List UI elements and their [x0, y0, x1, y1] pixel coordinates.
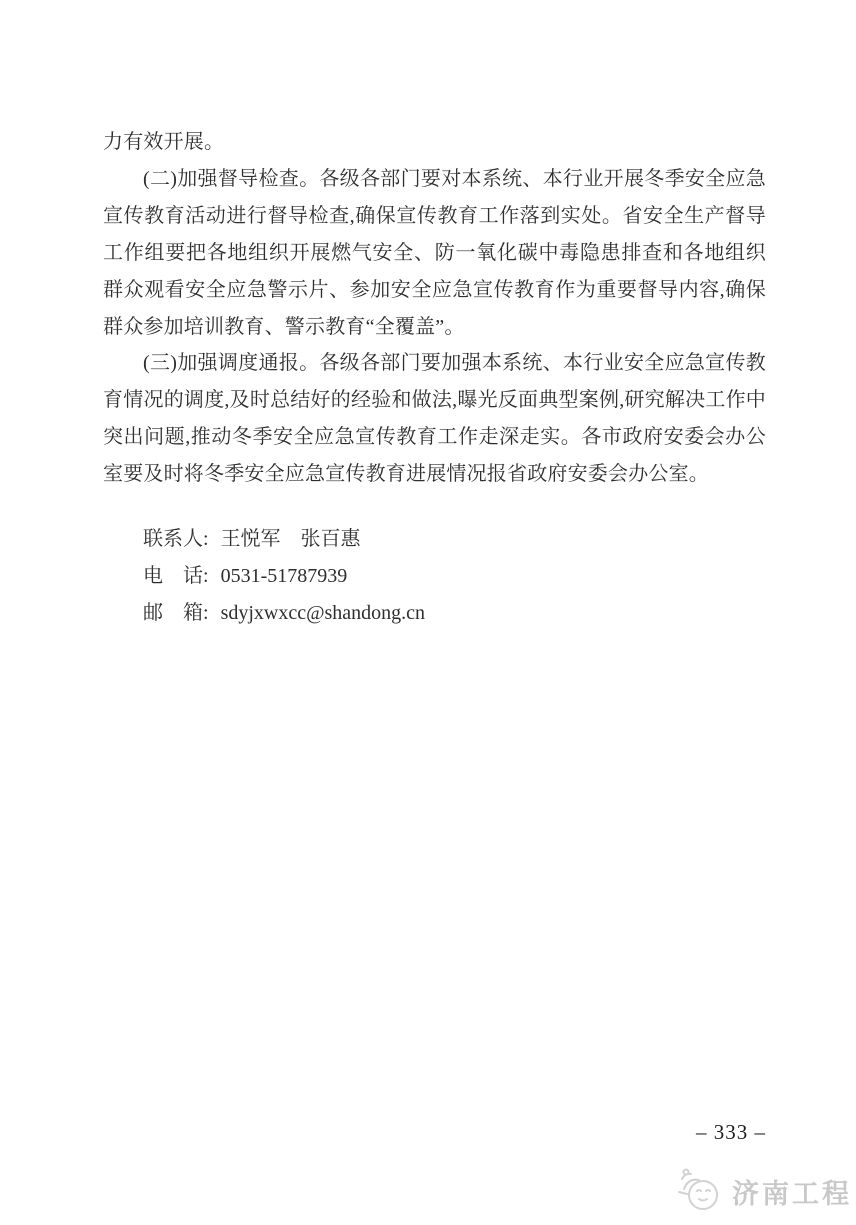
- contact-email-label: 邮 箱:: [143, 602, 209, 624]
- paragraph-section-2: (二)加强督导检查。各级各部门要对本系统、本行业开展冬季安全应急宣传教育活动进行…: [103, 161, 766, 346]
- contact-person-row: 联系人:王悦军 张百惠: [103, 521, 425, 558]
- watermark: 济南工程: [674, 1165, 852, 1217]
- paragraph-continuation: 力有效开展。: [103, 124, 766, 161]
- contact-email-value: sdyjxwxcc@shandong.cn: [221, 602, 426, 624]
- document-body: 力有效开展。 (二)加强督导检查。各级各部门要对本系统、本行业开展冬季安全应急宣…: [103, 124, 766, 493]
- watermark-text: 济南工程: [732, 1172, 852, 1211]
- paragraph-section-3: (三)加强调度通报。各级各部门要加强本系统、本行业安全应急宣传教育情况的调度,及…: [103, 345, 766, 493]
- contact-info: 联系人:王悦军 张百惠 电 话:0531-51787939 邮 箱:sdyjxw…: [103, 521, 425, 632]
- jinan-gongcheng-logo-icon: [674, 1165, 726, 1217]
- contact-email-row: 邮 箱:sdyjxwxcc@shandong.cn: [103, 595, 425, 632]
- contact-phone-label: 电 话:: [143, 565, 209, 587]
- document-page: 力有效开展。 (二)加强督导检查。各级各部门要对本系统、本行业开展冬季安全应急宣…: [0, 0, 856, 1225]
- page-number: – 333 –: [0, 1120, 766, 1145]
- contact-person-value: 王悦军 张百惠: [221, 528, 361, 550]
- contact-person-label: 联系人:: [143, 528, 209, 550]
- contact-phone-row: 电 话:0531-51787939: [103, 558, 425, 595]
- contact-phone-value: 0531-51787939: [221, 565, 348, 587]
